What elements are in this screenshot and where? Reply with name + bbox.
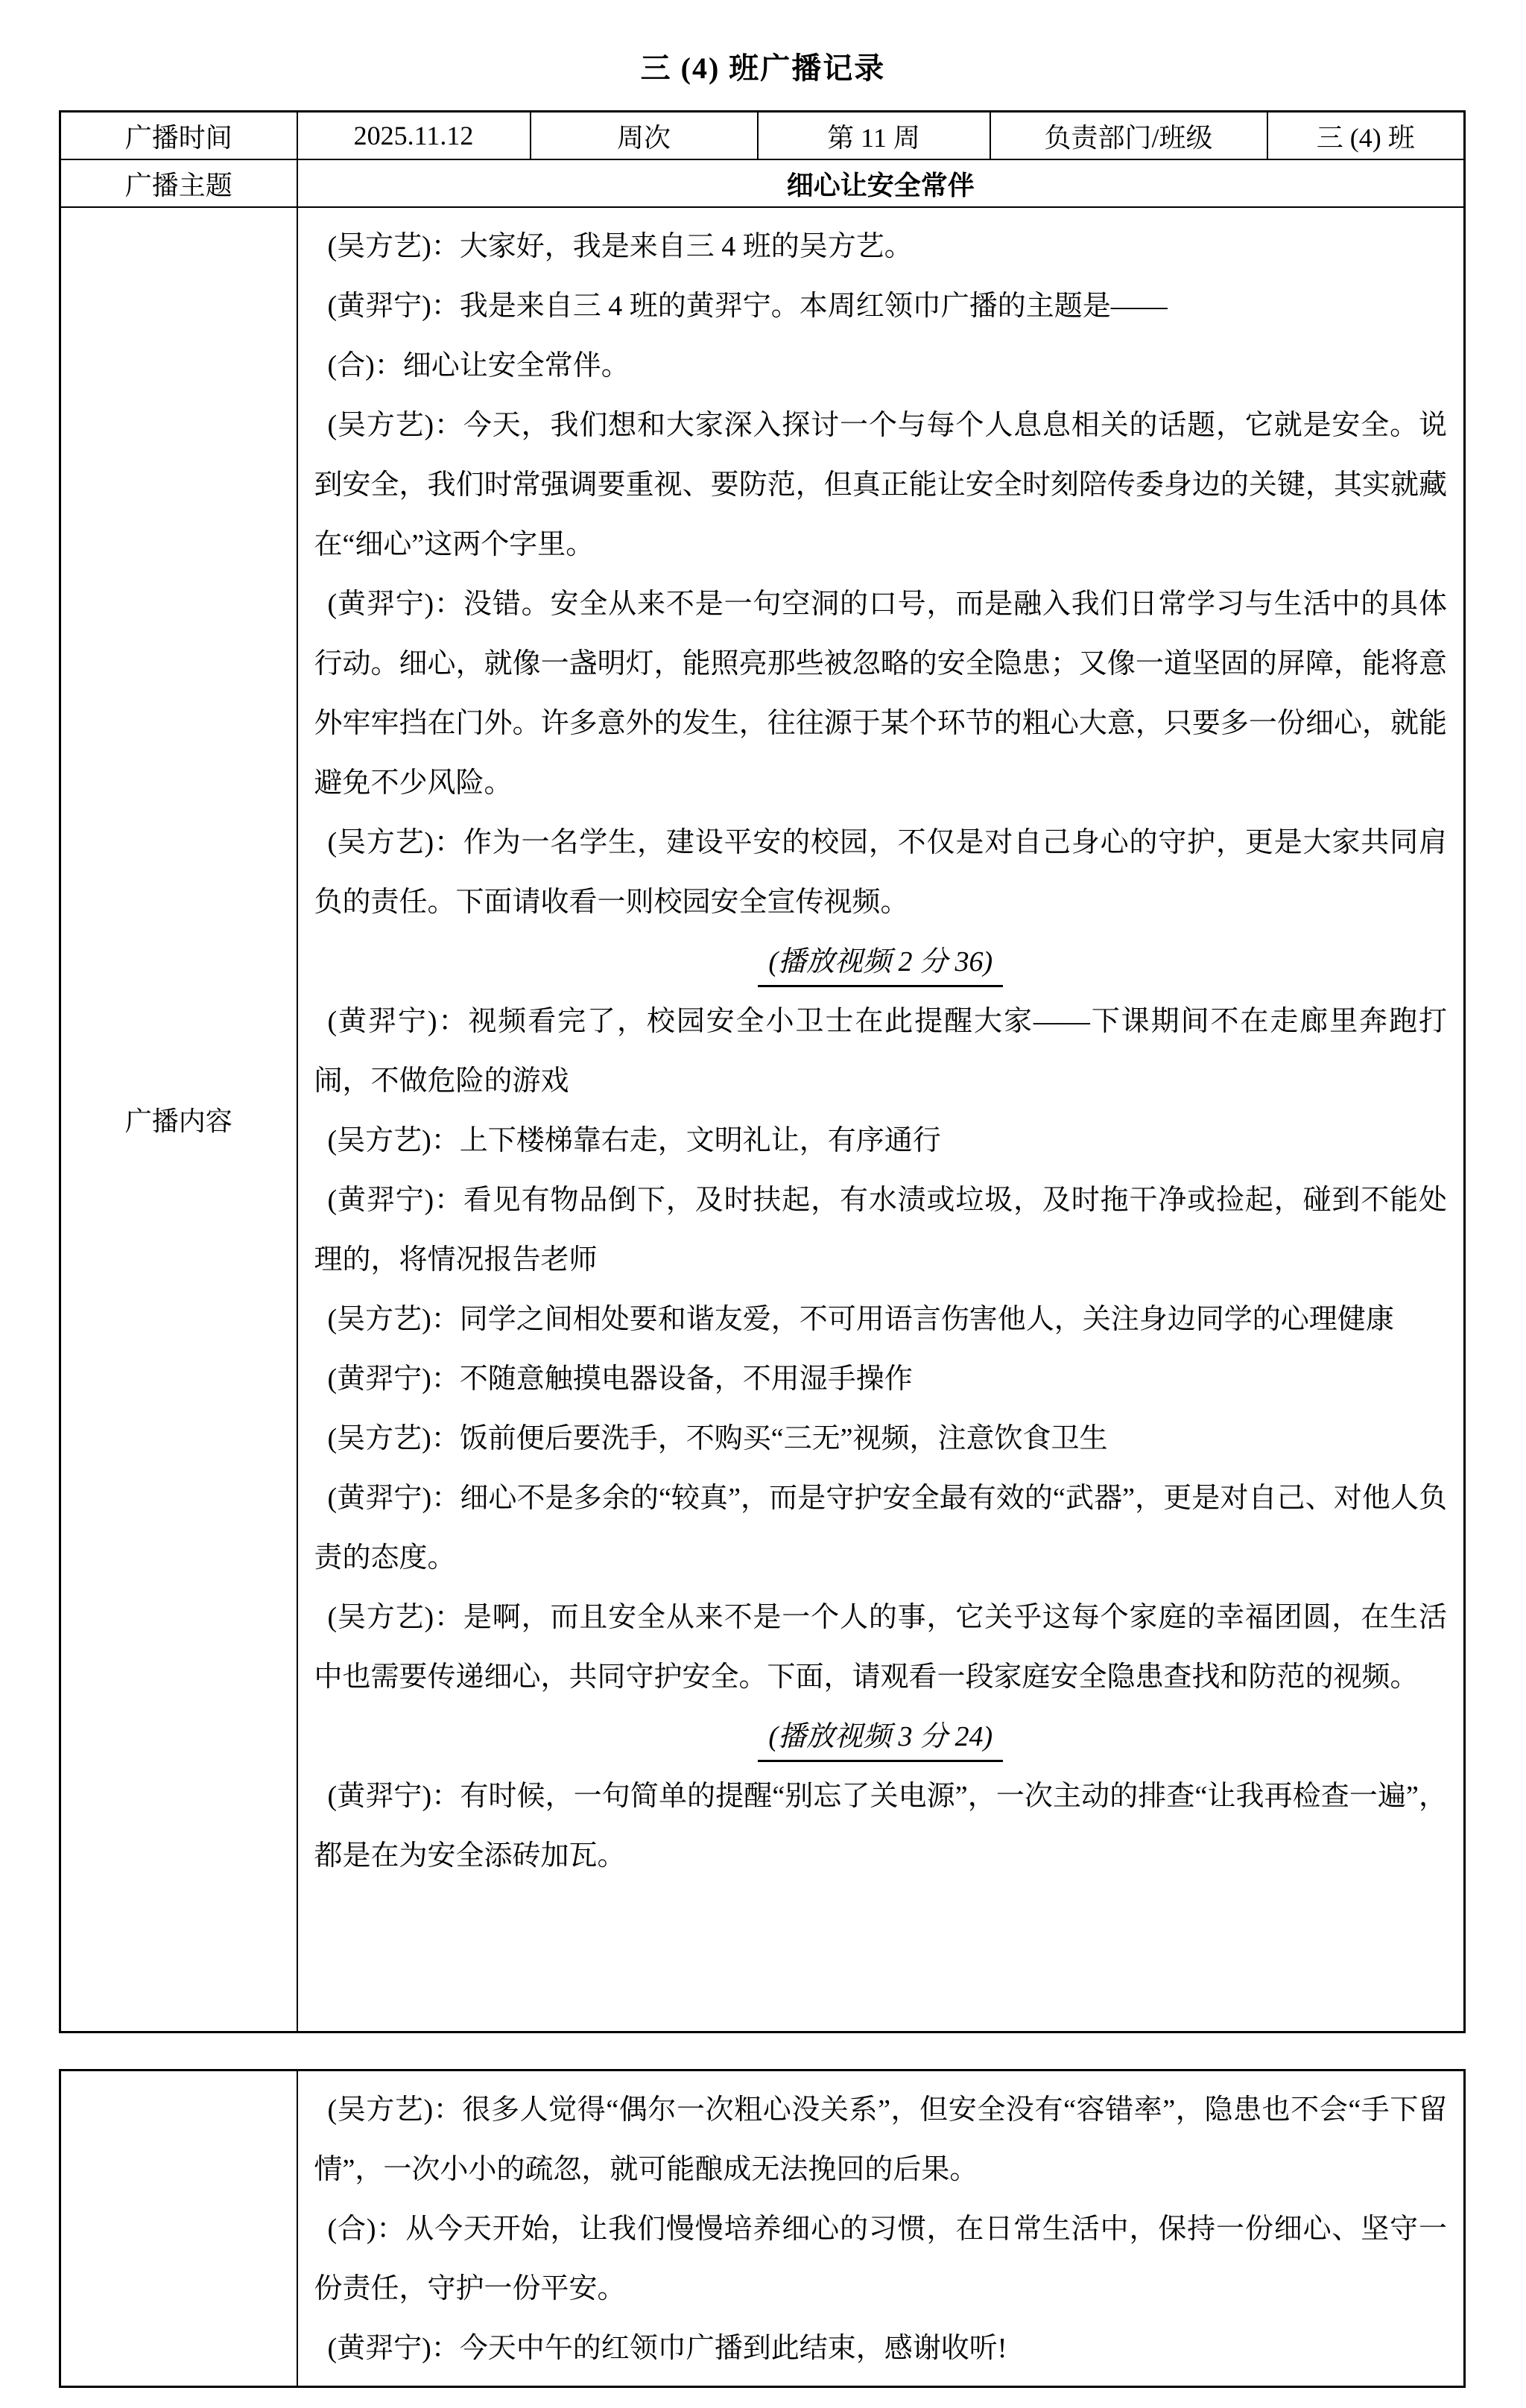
dialog-line: (吴方艺)：饭前便后要洗手，不购买“三无”视频，注意饮食卫生 [314,1409,1448,1468]
dialog-line: (吴方艺)：今天，我们想和大家深入探讨一个与每个人息息相关的话题，它就是安全。说… [314,396,1448,574]
content-label: 广播内容 [60,207,297,2032]
broadcast-record-table: 广播时间 2025.11.12 周次 第 11 周 负责部门/班级 三 (4) … [59,110,1466,2033]
empty-label-cell [60,2070,297,2387]
dialog-line: (黄羿宁)：今天中午的红领巾广播到此结束，感谢收听! [314,2319,1448,2378]
topic-row: 广播主题 细心让安全常伴 [60,159,1465,207]
dialog-line: (黄羿宁)：看见有物品倒下，及时扶起，有水渍或垃圾，及时拖干净或捡起，碰到不能处… [314,1170,1448,1290]
dialog-line: (吴方艺)：很多人觉得“偶尔一次粗心没关系”，但安全没有“容错率”，隐患也不会“… [314,2080,1448,2199]
header-row: 广播时间 2025.11.12 周次 第 11 周 负责部门/班级 三 (4) … [60,112,1465,160]
broadcast-content-paragraphs-continued: (吴方艺)：很多人觉得“偶尔一次粗心没关系”，但安全没有“容错率”，隐患也不会“… [297,2070,1465,2387]
topic-value: 细心让安全常伴 [297,159,1465,207]
dialog-line: (合)：细心让安全常伴。 [314,336,1448,396]
video-cue: (播放视频 3 分 24) [314,1707,1448,1767]
broadcast-record-table-continued: (吴方艺)：很多人觉得“偶尔一次粗心没关系”，但安全没有“容错率”，隐患也不会“… [59,2069,1466,2388]
dialog-line: (黄羿宁)：没错。安全从来不是一句空洞的口号，而是融入我们日常学习与生活中的具体… [314,574,1448,813]
video-cue: (播放视频 2 分 36) [314,932,1448,992]
dialog-line: (黄羿宁)：细心不是多余的“较真”，而是守护安全最有效的“武器”，更是对自己、对… [314,1468,1448,1588]
week-label: 周次 [531,112,758,160]
dialog-line: (吴方艺)：同学之间相处要和谐友爱，不可用语言伤害他人，关注身边同学的心理健康 [314,1290,1448,1349]
page-title: 三 (4) 班广播记录 [0,49,1526,88]
dialog-line: (黄羿宁)：有时候，一句简单的提醒“别忘了关电源”，一次主动的排查“让我再检查一… [314,1767,1448,1886]
dialog-line: (合)：从今天开始，让我们慢慢培养细心的习惯，在日常生活中，保持一份细心、坚守一… [314,2199,1448,2319]
content-row-continued: (吴方艺)：很多人觉得“偶尔一次粗心没关系”，但安全没有“容错率”，隐患也不会“… [60,2070,1465,2387]
broadcast-time-value: 2025.11.12 [297,112,531,160]
department-label: 负责部门/班级 [990,112,1267,160]
dialog-line: (吴方艺)：上下楼梯靠右走，文明礼让，有序通行 [314,1111,1448,1170]
dialog-line: (黄羿宁)：不随意触摸电器设备，不用湿手操作 [314,1349,1448,1409]
department-value: 三 (4) 班 [1267,112,1465,160]
dialog-line: (吴方艺)：是啊，而且安全从来不是一个人的事，它关乎这每个家庭的幸福团圆，在生活… [314,1588,1448,1707]
content-row: 广播内容 (吴方艺)：大家好，我是来自三 4 班的吴方艺。(黄羿宁)：我是来自三… [60,207,1465,2032]
dialog-line: (吴方艺)：作为一名学生，建设平安的校园，不仅是对自己身心的守护，更是大家共同肩… [314,813,1448,932]
dialog-line: (吴方艺)：大家好，我是来自三 4 班的吴方艺。 [314,217,1448,276]
dialog-line: (黄羿宁)：视频看完了，校园安全小卫士在此提醒大家——下课期间不在走廊里奔跑打闹… [314,992,1448,1111]
topic-label: 广播主题 [60,159,297,207]
broadcast-time-label: 广播时间 [60,112,297,160]
broadcast-content-paragraphs: (吴方艺)：大家好，我是来自三 4 班的吴方艺。(黄羿宁)：我是来自三 4 班的… [297,207,1465,2032]
dialog-line: (黄羿宁)：我是来自三 4 班的黄羿宁。本周红领巾广播的主题是—— [314,276,1448,336]
week-value: 第 11 周 [758,112,990,160]
